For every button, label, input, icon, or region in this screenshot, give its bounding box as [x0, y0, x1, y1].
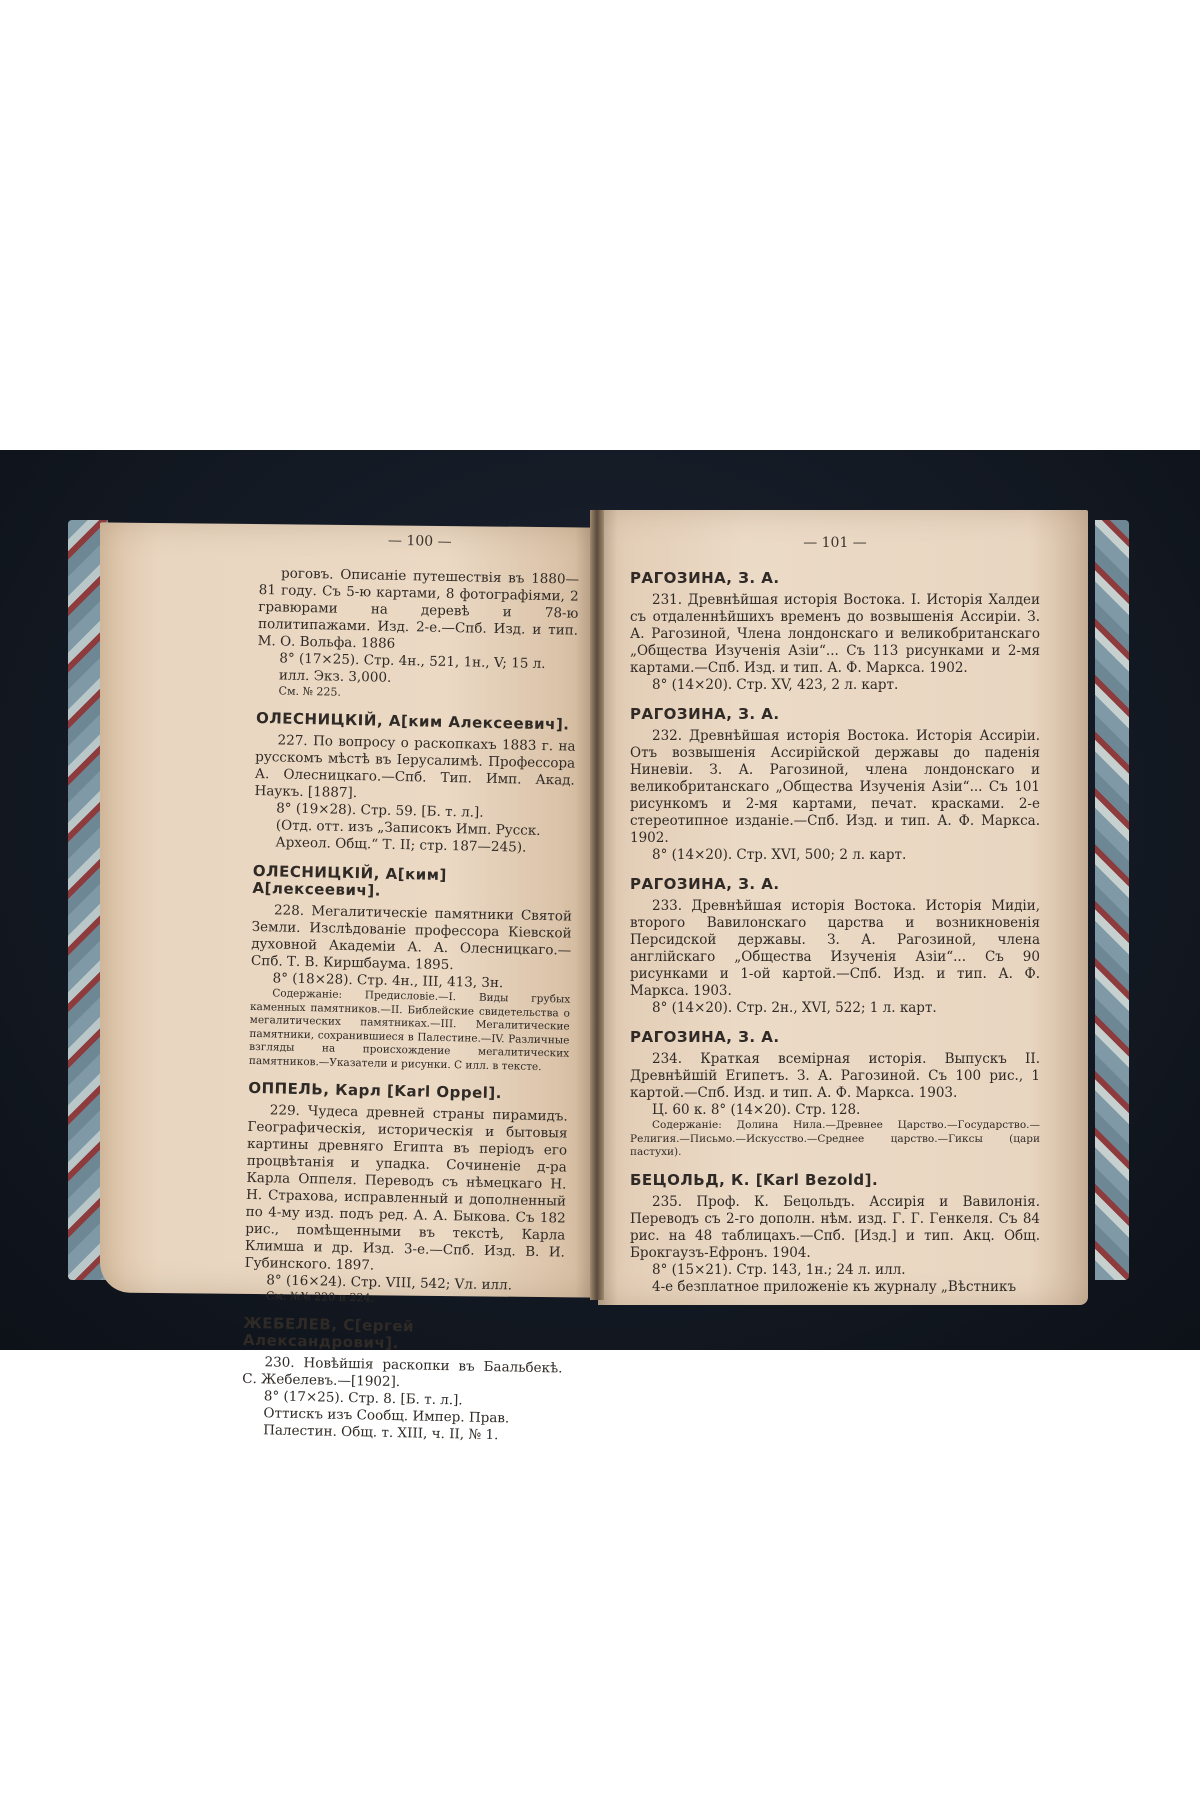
entry-heading: РАГОЗИНА, З. А. — [630, 570, 1040, 587]
entry-meta: 8° (15×21). Стр. 143, 1н.; 24 л. илл. — [630, 1262, 1040, 1279]
entry-text: 233. Древнѣйшая исторія Востока. Исторія… — [630, 898, 1040, 1000]
marbled-cover-right — [1095, 520, 1129, 1280]
entry-text: 232. Древнѣйшая исторія Востока. Исторія… — [630, 728, 1040, 847]
book-gutter — [590, 510, 604, 1300]
entry-heading: ОЛЕСНИЦКІЙ, А[ким] А[лексеевич]. — [252, 863, 573, 904]
entry-heading: РАГОЗИНА, З. А. — [630, 706, 1040, 723]
entry-heading: ОППЕЛЬ, Карл [Karl Oppel]. — [248, 1080, 568, 1104]
entry-text: 227. По вопросу о раскопкахъ 1883 г. на … — [254, 732, 575, 807]
entry-heading: ЖЕБЕЛЕВ, С[ергей Александрович]. — [243, 1315, 564, 1356]
entry-text: 231. Древнѣйшая исторія Востока. I. Исто… — [630, 592, 1040, 677]
entry-meta: 8° (14×20). Стр. XVI, 500; 2 л. карт. — [630, 847, 1040, 864]
right-page-text: — 101 — РАГОЗИНА, З. А. 231. Древнѣйшая … — [630, 535, 1040, 1296]
entry-heading: ОЛЕСНИЦКІЙ, А[ким Алексеевич]. — [256, 710, 576, 734]
entry-contents: Содержаніе: Предисловіе.—I. Виды грубых … — [249, 987, 571, 1075]
entry-meta: Ц. 60 к. 8° (14×20). Стр. 128. — [630, 1102, 1040, 1119]
left-page-text: — 100 — роговъ. Описаніе путешествія въ … — [241, 530, 580, 1446]
entry-heading: БЕЦОЛЬД, К. [Karl Bezold]. — [630, 1172, 1040, 1189]
entry-text: 229. Чудеса древней страны пирамидъ. Гео… — [244, 1102, 567, 1279]
entry-note: (Отд. отт. изъ „Записокъ Имп. Русск. Арх… — [253, 817, 574, 858]
entry-text: 234. Краткая всемірная исторія. Выпускъ … — [630, 1051, 1040, 1102]
entry-contents: Содержаніе: Долина Нила.—Древнее Царство… — [630, 1119, 1040, 1160]
entry-meta: 8° (14×20). Стр. XV, 423, 2 л. карт. — [630, 677, 1040, 694]
entry-heading: РАГОЗИНА, З. А. — [630, 876, 1040, 893]
entry-note: 4-е безплатное приложеніе къ журналу „Вѣ… — [630, 1279, 1040, 1296]
entry-text: 228. Мегалитическіе памятники Святой Зем… — [251, 902, 572, 977]
book-photo: — 100 — роговъ. Описаніе путешествія въ … — [0, 450, 1200, 1350]
entry-continuation: роговъ. Описаніе путешествія въ 1880—81 … — [257, 565, 579, 657]
entry-meta: 8° (14×20). Стр. 2н., XVI, 522; 1 л. кар… — [630, 1000, 1040, 1017]
page-number: — 101 — — [630, 535, 1040, 552]
entry-text: 235. Проф. К. Бецольдъ. Ассирія и Вавило… — [630, 1194, 1040, 1262]
entry-heading: РАГОЗИНА, З. А. — [630, 1029, 1040, 1046]
entry-note: Оттискъ изъ Сообщ. Импер. Прав. Палестин… — [241, 1405, 562, 1446]
